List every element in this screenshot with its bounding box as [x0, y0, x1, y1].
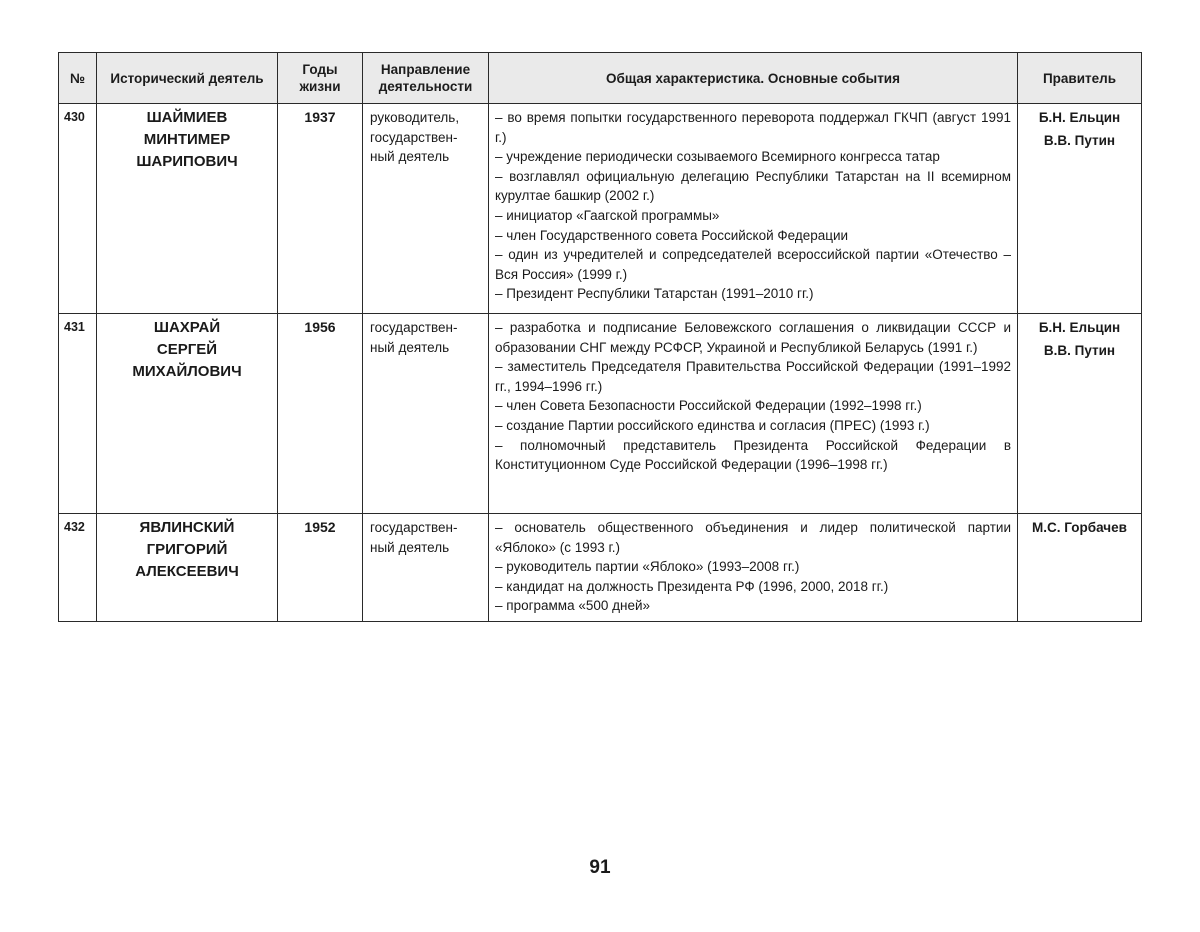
name-line: АЛЕКСЕЕВИЧ [97, 561, 277, 583]
event-item: – разработка и подписание Беловежского с… [495, 318, 1011, 357]
birth-year: 1956 [278, 314, 363, 514]
event-item: – кандидат на должность Президента РФ (1… [495, 577, 1011, 597]
event-item: – член Совета Безопасности Российской Фе… [495, 396, 1011, 416]
event-item: – основатель общественного объединения и… [495, 518, 1011, 557]
ruler-name: М.С. Горбачев [1018, 518, 1141, 537]
table-row: 432 ЯВЛИНСКИЙГРИГОРИЙАЛЕКСЕЕВИЧ 1952 гос… [59, 514, 1142, 622]
ruler-name: В.В. Путин [1018, 337, 1141, 364]
name-line: ШАЙМИЕВ [97, 107, 277, 129]
name-line: МИНТИМЕР [97, 129, 277, 151]
row-number: 431 [59, 314, 97, 514]
event-item: – во время попытки государственного пере… [495, 108, 1011, 147]
name-line: ШАРИПОВИЧ [97, 151, 277, 173]
direction-line: ный деятель [370, 338, 484, 358]
name-line: СЕРГЕЙ [97, 339, 277, 361]
figure-name: ШАХРАЙСЕРГЕЙМИХАЙЛОВИЧ [97, 314, 278, 514]
direction-line: руководитель, [370, 108, 484, 128]
ruler-name: Б.Н. Ельцин [1018, 108, 1141, 127]
header-years: Годы жизни [278, 53, 363, 104]
events-description: – основатель общественного объединения и… [489, 514, 1018, 622]
events-description: – во время попытки государственного пере… [489, 104, 1018, 314]
event-item: – один из учредителей и сопредседателей … [495, 245, 1011, 284]
row-number: 432 [59, 514, 97, 622]
event-item: – полномочный представитель Президента Р… [495, 436, 1011, 475]
event-item: – заместитель Председателя Правительства… [495, 357, 1011, 396]
header-description: Общая характеристика. Основные события [489, 53, 1018, 104]
ruler-name: Б.Н. Ельцин [1018, 318, 1141, 337]
event-item: – инициатор «Гаагской программы» [495, 206, 1011, 226]
activity-direction: государствен-ный деятель [363, 514, 489, 622]
activity-direction: руководитель,государствен-ный деятель [363, 104, 489, 314]
event-item: – член Государственного совета Российско… [495, 226, 1011, 246]
name-line: МИХАЙЛОВИЧ [97, 361, 277, 383]
event-item: – создание Партии российского единства и… [495, 416, 1011, 436]
direction-line: ный деятель [370, 538, 484, 558]
table-row: 430 ШАЙМИЕВМИНТИМЕРШАРИПОВИЧ 1937 руково… [59, 104, 1142, 314]
direction-line: государствен- [370, 128, 484, 148]
activity-direction: государствен-ный деятель [363, 314, 489, 514]
event-item: – руководитель партии «Яблоко» (1993–200… [495, 557, 1011, 577]
historical-figures-table: № Исторический деятель Годы жизни Направ… [58, 52, 1142, 622]
direction-line: ный деятель [370, 147, 484, 167]
rulers: М.С. Горбачев [1018, 514, 1142, 622]
event-item: – Президент Республики Татарстан (1991–2… [495, 284, 1011, 304]
birth-year: 1952 [278, 514, 363, 622]
name-line: ЯВЛИНСКИЙ [97, 517, 277, 539]
direction-line: государствен- [370, 318, 484, 338]
birth-year: 1937 [278, 104, 363, 314]
header-direction-text: Направление деятельности [371, 61, 481, 95]
table-row: 431 ШАХРАЙСЕРГЕЙМИХАЙЛОВИЧ 1956 государс… [59, 314, 1142, 514]
header-direction: Направление деятельности [363, 53, 489, 104]
figure-name: ШАЙМИЕВМИНТИМЕРШАРИПОВИЧ [97, 104, 278, 314]
event-item: – возглавлял официальную делегацию Респу… [495, 167, 1011, 206]
name-line: ШАХРАЙ [97, 317, 277, 339]
name-line: ГРИГОРИЙ [97, 539, 277, 561]
figure-name: ЯВЛИНСКИЙГРИГОРИЙАЛЕКСЕЕВИЧ [97, 514, 278, 622]
header-ruler: Правитель [1018, 53, 1142, 104]
direction-line: государствен- [370, 518, 484, 538]
event-item: – учреждение периодически созываемого Вс… [495, 147, 1011, 167]
ruler-name: В.В. Путин [1018, 127, 1141, 154]
header-num: № [59, 53, 97, 104]
header-name: Исторический деятель [97, 53, 278, 104]
page-number: 91 [0, 857, 1200, 879]
row-number: 430 [59, 104, 97, 314]
rulers: Б.Н. ЕльцинВ.В. Путин [1018, 314, 1142, 514]
header-years-text: Годы жизни [295, 61, 345, 95]
event-item: – программа «500 дней» [495, 596, 1011, 616]
table-header-row: № Исторический деятель Годы жизни Направ… [59, 53, 1142, 104]
events-description: – разработка и подписание Беловежского с… [489, 314, 1018, 514]
rulers: Б.Н. ЕльцинВ.В. Путин [1018, 104, 1142, 314]
